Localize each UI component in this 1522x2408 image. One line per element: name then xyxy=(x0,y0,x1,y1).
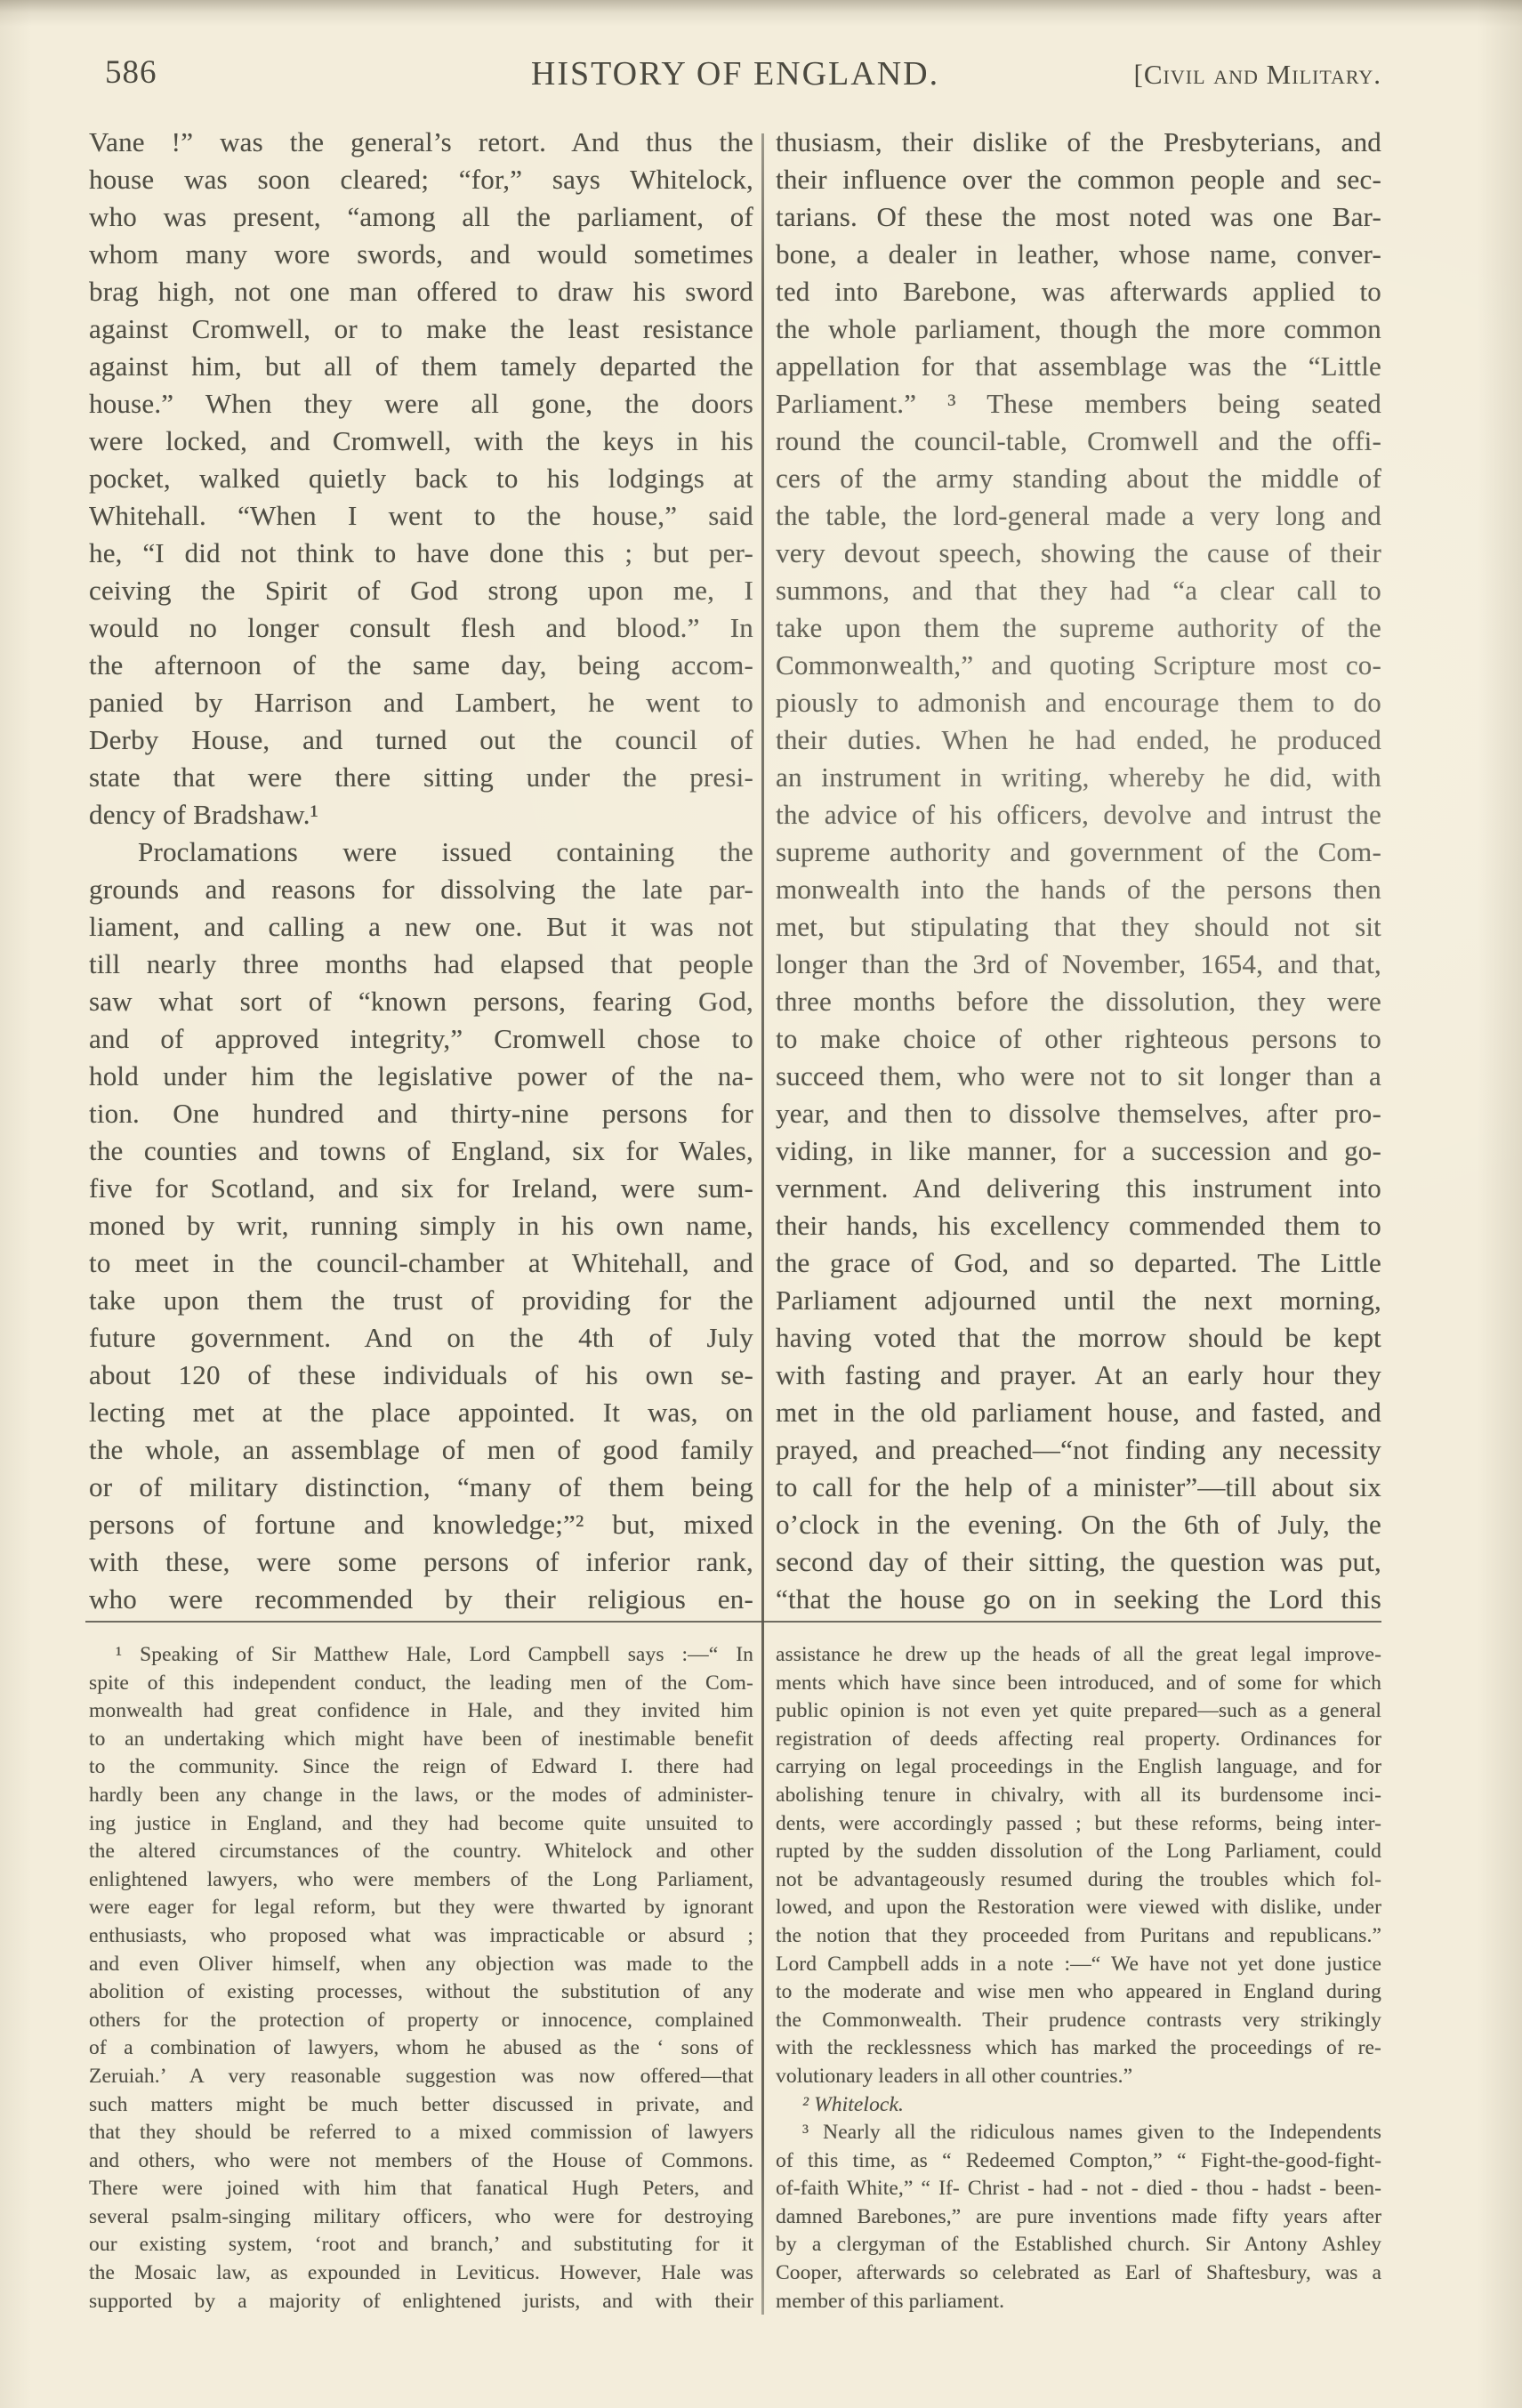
text-line: several psalm-singing military officers,… xyxy=(89,2203,753,2232)
text-line: to call for the help of a minister”—till… xyxy=(776,1469,1381,1506)
text-line: an instrument in writing, whereby he did… xyxy=(776,759,1381,796)
text-line: about 120 of these individuals of his ow… xyxy=(89,1357,753,1394)
text-line: grounds and reasons for dissolving the l… xyxy=(89,871,753,908)
text-line: monwealth into the hands of the persons … xyxy=(776,871,1381,908)
text-line: second day of their sitting, the questio… xyxy=(776,1543,1381,1581)
text-line: There were joined with him that fanatica… xyxy=(89,2175,753,2203)
text-line: to meet in the council-chamber at Whiteh… xyxy=(89,1244,753,1282)
text-line: round the council-table, Cromwell and th… xyxy=(776,423,1381,460)
text-line: house.” When they were all gone, the doo… xyxy=(89,385,753,423)
text-line: three months before the dissolution, the… xyxy=(776,983,1381,1020)
text-line: Whitehall. “When I went to the house,” s… xyxy=(89,497,753,535)
text-line: the altered circumstances of the country… xyxy=(89,1838,753,1866)
text-line: viding, in like manner, for a succession… xyxy=(776,1132,1381,1170)
text-line: future government. And on the 4th of Jul… xyxy=(89,1319,753,1357)
text-line: hardly been any change in the laws, or t… xyxy=(89,1782,753,1810)
text-line: Derby House, and turned out the council … xyxy=(89,721,753,759)
text-line: moned by writ, running simply in his own… xyxy=(89,1207,753,1244)
text-line: assistance he drew up the heads of all t… xyxy=(776,1641,1381,1670)
text-line: persons of fortune and knowledge;”² but,… xyxy=(89,1506,753,1543)
text-line: saw what sort of “known persons, fearing… xyxy=(89,983,753,1020)
text-line: pocket, walked quietly back to his lodgi… xyxy=(89,460,753,497)
text-line: met in the old parliament house, and fas… xyxy=(776,1394,1381,1431)
text-line: who were recommended by their religious … xyxy=(89,1581,753,1618)
text-line: the table, the lord-general made a very … xyxy=(776,497,1381,535)
text-line: Lord Campbell adds in a note :—“ We have… xyxy=(776,1951,1381,1979)
text-line: with these, were some persons of inferio… xyxy=(89,1543,753,1581)
text-line: o’clock in the evening. On the 6th of Ju… xyxy=(776,1506,1381,1543)
text-line: to the moderate and wise men who appeare… xyxy=(776,1978,1381,2007)
text-line: of a combination of lawyers, whom he abu… xyxy=(89,2034,753,2063)
text-line: five for Scotland, and six for Ireland, … xyxy=(89,1170,753,1207)
text-line: appellation for that assemblage was the … xyxy=(776,348,1381,385)
text-line: ² Whitelock. xyxy=(776,2091,1381,2120)
text-line: very devout speech, showing the cause of… xyxy=(776,535,1381,572)
text-line: liament, and calling a new one. But it w… xyxy=(89,908,753,946)
text-line: abolishing tenure in chivalry, with all … xyxy=(776,1782,1381,1810)
text-line: Parliament adjourned until the next morn… xyxy=(776,1282,1381,1319)
text-line: dency of Bradshaw.¹ xyxy=(89,796,753,834)
text-line: ceiving the Spirit of God strong upon me… xyxy=(89,572,753,609)
text-line: cers of the army standing about the midd… xyxy=(776,460,1381,497)
text-line: supported by a majority of enlightened j… xyxy=(89,2288,753,2316)
text-line: having voted that the morrow should be k… xyxy=(776,1319,1381,1357)
text-line: damned Barebones,” are pure inventions m… xyxy=(776,2203,1381,2232)
text-line: the grace of God, and so departed. The L… xyxy=(776,1244,1381,1282)
text-line: of-faith White,” “ If- Christ - had - no… xyxy=(776,2175,1381,2203)
footnotes-column-left: ¹ Speaking of Sir Matthew Hale, Lord Cam… xyxy=(89,1641,753,2315)
text-line: and even Oliver himself, when any object… xyxy=(89,1951,753,1979)
text-line: and of approved integrity,” Cromwell cho… xyxy=(89,1020,753,1058)
text-line: year, and then to dissolve themselves, a… xyxy=(776,1095,1381,1132)
main-text-column-right: thusiasm, their dislike of the Presbyter… xyxy=(776,124,1381,1618)
text-line: to the community. Since the reign of Edw… xyxy=(89,1753,753,1782)
text-line: vernment. And delivering this instrument… xyxy=(776,1170,1381,1207)
text-line: longer than the 3rd of November, 1654, a… xyxy=(776,946,1381,983)
text-line: were eager for legal reform, but they we… xyxy=(89,1894,753,1922)
text-line: bone, a dealer in leather, whose name, c… xyxy=(776,236,1381,273)
text-line: enthusiasts, who proposed what was impra… xyxy=(89,1922,753,1951)
text-line: the Mosaic law, as expounded in Leviticu… xyxy=(89,2259,753,2288)
text-line: ing justice in England, and they had bec… xyxy=(89,1810,753,1839)
text-line: thusiasm, their dislike of the Presbyter… xyxy=(776,124,1381,161)
text-line: abolition of existing processes, without… xyxy=(89,1978,753,2007)
text-line: and others, who were not members of the … xyxy=(89,2147,753,2176)
text-line: enlightened lawyers, who were members of… xyxy=(89,1866,753,1895)
text-line: monwealth had great confidence in Hale, … xyxy=(89,1697,753,1726)
text-line: panied by Harrison and Lambert, he went … xyxy=(89,684,753,721)
text-line: ³ Nearly all the ridiculous names given … xyxy=(776,2119,1381,2147)
text-line: succeed them, who were not to sit longer… xyxy=(776,1058,1381,1095)
text-line: others for the protection of property or… xyxy=(89,2007,753,2035)
text-line: lowed, and upon the Restoration were vie… xyxy=(776,1894,1381,1922)
text-line: their influence over the common people a… xyxy=(776,161,1381,198)
text-line: against Cromwell, or to make the least r… xyxy=(89,310,753,348)
text-line: Proclamations were issued containing the xyxy=(89,834,753,871)
text-line: spite of this independent conduct, the l… xyxy=(89,1670,753,1698)
text-line: their hands, his excellency commended th… xyxy=(776,1207,1381,1244)
text-line: met, but stipulating that they should no… xyxy=(776,908,1381,946)
running-section-label: [Civil and Military. xyxy=(89,59,1381,91)
text-line: the notion that they proceeded from Puri… xyxy=(776,1922,1381,1951)
text-line: supreme authority and government of the … xyxy=(776,834,1381,871)
text-line: not be advantageously resumed during the… xyxy=(776,1866,1381,1895)
text-line: to make choice of other righteous person… xyxy=(776,1020,1381,1058)
text-line: take upon them the trust of providing fo… xyxy=(89,1282,753,1319)
text-line: such matters might be much better discus… xyxy=(89,2091,753,2120)
text-line: with fasting and prayer. At an early hou… xyxy=(776,1357,1381,1394)
text-line: to an undertaking which might have been … xyxy=(89,1726,753,1754)
text-line: or of military distinction, “many of the… xyxy=(89,1469,753,1506)
text-line: against him, but all of them tamely depa… xyxy=(89,348,753,385)
text-line: member of this parliament. xyxy=(776,2288,1381,2316)
text-line: dents, were accordingly passed ; but the… xyxy=(776,1810,1381,1839)
text-line: that they should be referred to a mixed … xyxy=(89,2119,753,2147)
text-line: Commonwealth,” and quoting Scripture mos… xyxy=(776,647,1381,684)
text-line: till nearly three months had elapsed tha… xyxy=(89,946,753,983)
footnotes-column-right: assistance he drew up the heads of all t… xyxy=(776,1641,1381,2315)
text-line: registration of deeds affecting real pro… xyxy=(776,1726,1381,1754)
text-line: whom many wore swords, and would sometim… xyxy=(89,236,753,273)
text-line: the advice of his officers, devolve and … xyxy=(776,796,1381,834)
text-line: Zeruiah.’ A very reasonable suggestion w… xyxy=(89,2063,753,2091)
text-line: ¹ Speaking of Sir Matthew Hale, Lord Cam… xyxy=(89,1641,753,1670)
text-line: volutionary leaders in all other countri… xyxy=(776,2063,1381,2091)
text-line: rupted by the sudden dissolution of the … xyxy=(776,1838,1381,1866)
text-line: state that were there sitting under the … xyxy=(89,759,753,796)
text-line: by a clergyman of the Established church… xyxy=(776,2231,1381,2259)
text-line: summons, and that they had “a clear call… xyxy=(776,572,1381,609)
text-line: the afternoon of the same day, being acc… xyxy=(89,647,753,684)
text-line: hold under him the legislative power of … xyxy=(89,1058,753,1095)
text-line: the whole, an assemblage of men of good … xyxy=(89,1431,753,1469)
text-line: our existing system, ‘root and branch,’ … xyxy=(89,2231,753,2259)
text-line: piously to admonish and encourage them t… xyxy=(776,684,1381,721)
column-divider-rule xyxy=(761,133,764,2315)
text-line: take upon them the supreme authority of … xyxy=(776,609,1381,647)
text-line: house was soon cleared; “for,” says Whit… xyxy=(89,161,753,198)
text-line: the counties and towns of England, six f… xyxy=(89,1132,753,1170)
text-line: ments which have since been introduced, … xyxy=(776,1670,1381,1698)
footnote-separator-rule xyxy=(85,1621,1381,1623)
text-line: ted into Barebone, was afterwards applie… xyxy=(776,273,1381,310)
text-line: tarians. Of these the most noted was one… xyxy=(776,198,1381,236)
text-line: the Commonwealth. Their prudence contras… xyxy=(776,2007,1381,2035)
text-line: brag high, not one man offered to draw h… xyxy=(89,273,753,310)
text-line: who was present, “among all the parliame… xyxy=(89,198,753,236)
text-line: tion. One hundred and thirty-nine person… xyxy=(89,1095,753,1132)
text-line: their duties. When he had ended, he prod… xyxy=(776,721,1381,759)
text-line: the whole parliament, though the more co… xyxy=(776,310,1381,348)
text-line: Parliament.” ³ These members being seate… xyxy=(776,385,1381,423)
text-line: with the recklessness which has marked t… xyxy=(776,2034,1381,2063)
text-line: would no longer consult flesh and blood.… xyxy=(89,609,753,647)
text-line: lecting met at the place appointed. It w… xyxy=(89,1394,753,1431)
text-line: carrying on legal proceedings in the Eng… xyxy=(776,1753,1381,1782)
text-line: Cooper, afterwards so celebrated as Earl… xyxy=(776,2259,1381,2288)
text-line: Vane !” was the general’s retort. And th… xyxy=(89,124,753,161)
text-line: prayed, and preached—“not finding any ne… xyxy=(776,1431,1381,1469)
main-text-column-left: Vane !” was the general’s retort. And th… xyxy=(89,124,753,1618)
text-line: public opinion is not even yet quite pre… xyxy=(776,1697,1381,1726)
text-line: “that the house go on in seeking the Lor… xyxy=(776,1581,1381,1618)
text-line: were locked, and Cromwell, with the keys… xyxy=(89,423,753,460)
text-line: of this time, as “ Redeemed Compton,” “ … xyxy=(776,2147,1381,2176)
text-line: he, “I did not think to have done this ;… xyxy=(89,535,753,572)
